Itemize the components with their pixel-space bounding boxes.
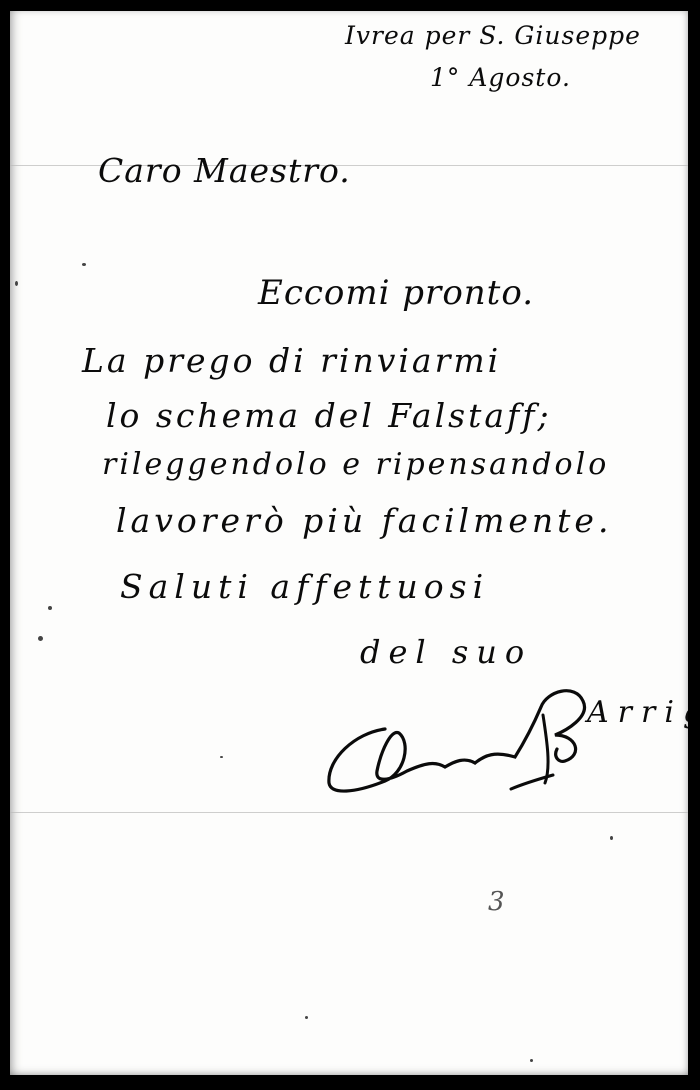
ink-speck: [38, 636, 43, 641]
signature: Arrigo Boito: [315, 671, 685, 801]
letter-page: Ivrea per S. Giuseppe 1° Agosto. Caro Ma…: [10, 11, 688, 1075]
ink-speck: [610, 836, 613, 840]
ink-speck: [220, 756, 223, 758]
body-line-5: lavorerò più facilmente.: [116, 501, 612, 540]
body-line-1: Eccomi pronto.: [258, 273, 534, 313]
ink-speck: [530, 1059, 533, 1062]
letter-date: 1° Agosto.: [430, 63, 571, 92]
fold-line: [10, 812, 688, 813]
page-mark: 3: [488, 887, 506, 917]
body-line-4: rileggendolo e ripensandolo: [102, 447, 609, 482]
body-line-6: Saluti affettuosi: [120, 567, 489, 606]
body-line-3: lo schema del Falstaff;: [106, 396, 552, 435]
ink-speck: [305, 1016, 308, 1019]
body-line-7: del suo: [360, 633, 532, 671]
letter-place: Ivrea per S. Giuseppe: [345, 21, 641, 50]
signature-surname: Arrigo Boito: [587, 695, 688, 730]
ink-speck: [48, 606, 52, 610]
ink-speck: [15, 281, 18, 286]
letter-salutation: Caro Maestro.: [98, 151, 351, 190]
ink-speck: [82, 263, 86, 266]
body-line-2: La prego di rinviarmi: [82, 341, 501, 380]
signature-flourish-icon: [315, 671, 685, 801]
